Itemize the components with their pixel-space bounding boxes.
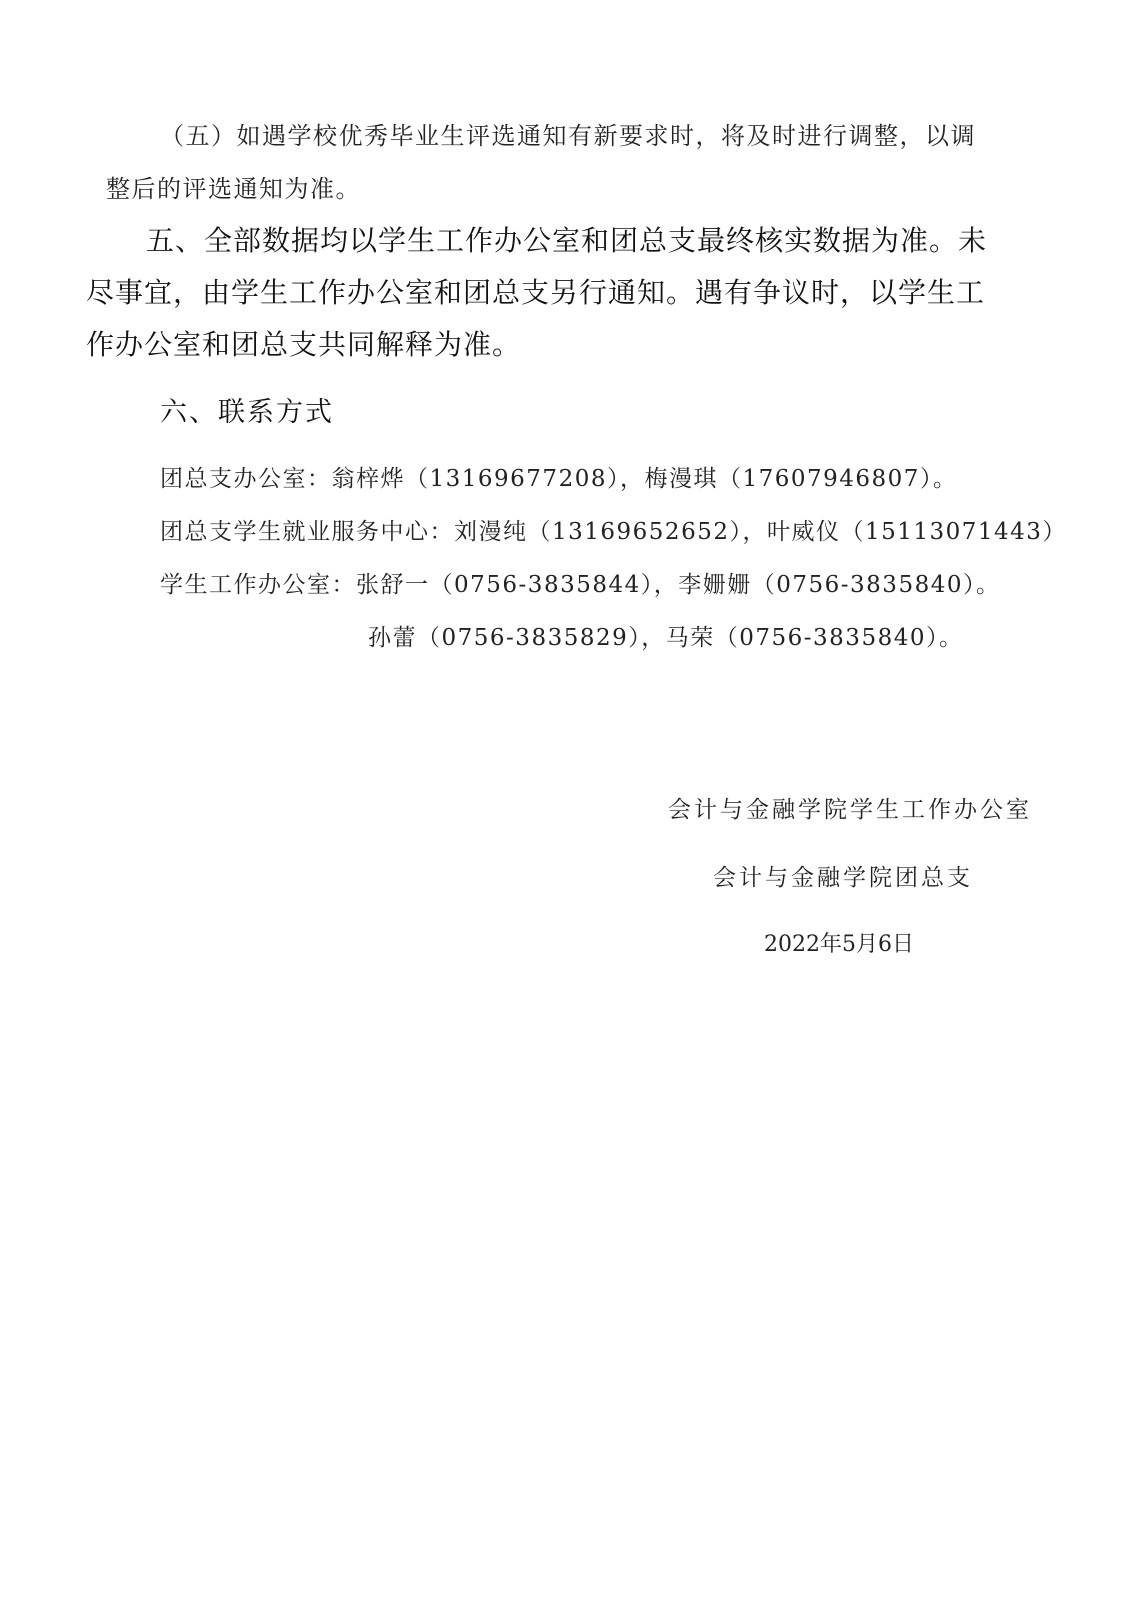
signature-date: 2022年5月6日	[764, 927, 914, 958]
contact-line-student-affairs-office-cont: 孙蕾（0756-3835829），马荣（0756-3835840）。	[368, 619, 963, 652]
section-5-line-3: 作办公室和团总支共同解释为准。	[86, 323, 521, 363]
section-5-line-2: 尽事宜，由学生工作办公室和团总支另行通知。遇有争议时，以学生工	[86, 271, 985, 311]
document-page: （五）如遇学校优秀毕业生评选通知有新要求时，将及时进行调整，以调 整后的评选通知…	[0, 0, 1131, 1600]
signature-org-student-affairs: 会计与金融学院学生工作办公室	[668, 791, 1032, 824]
contact-line-student-affairs-office: 学生工作办公室：张舒一（0756-3835844），李姗姗（0756-38358…	[160, 566, 1000, 599]
section-5-line-1: 五、全部数据均以学生工作办公室和团总支最终核实数据为准。未	[146, 219, 987, 259]
item-5-line-2: 整后的评选通知为准。	[106, 169, 361, 204]
contact-line-employment-center: 团总支学生就业服务中心：刘漫纯（13169652652），叶威仪（1511307…	[160, 513, 1067, 546]
signature-org-youth-league: 会计与金融学院团总支	[713, 859, 973, 892]
item-5-line-1: （五）如遇学校优秀毕业生评选通知有新要求时，将及时进行调整，以调	[160, 116, 976, 151]
contact-line-youth-league-office: 团总支办公室：翁梓烨（13169677208），梅漫琪（17607946807）…	[160, 460, 957, 493]
section-6-heading: 六、联系方式	[160, 390, 334, 429]
